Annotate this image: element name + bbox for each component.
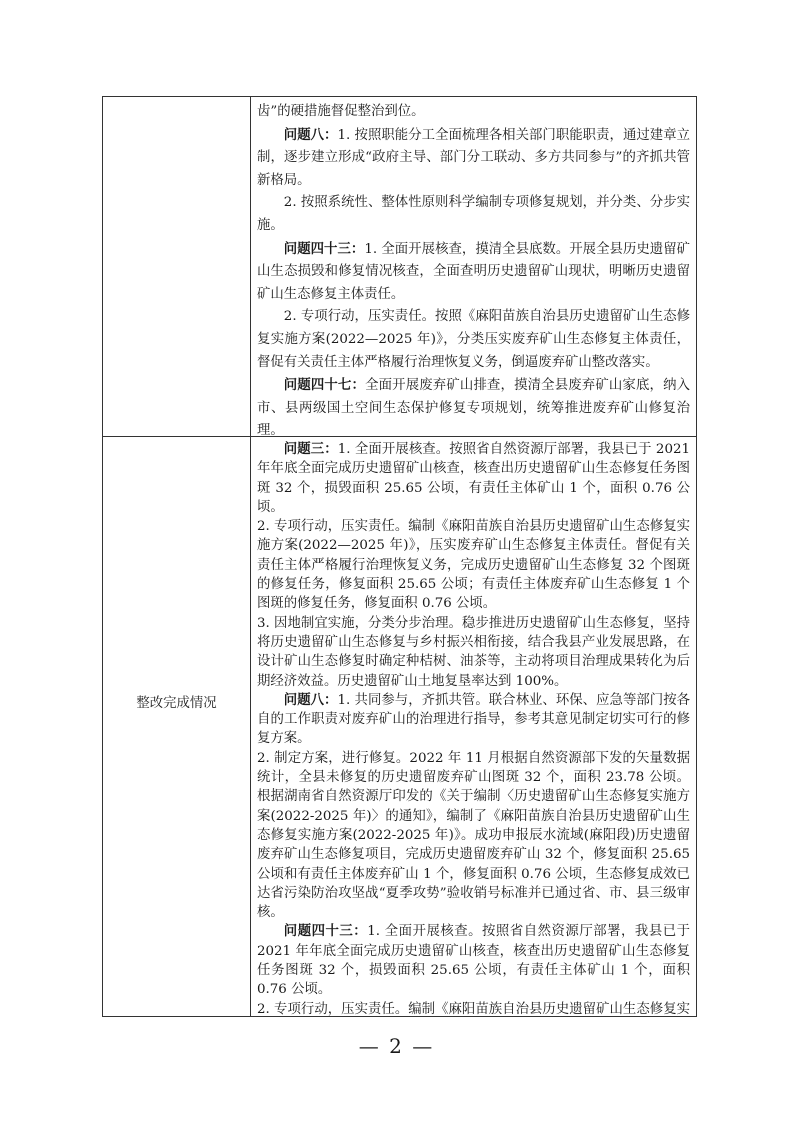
paragraph: 问题四十三：1. 全面开展核查，摸清全县底数。开展全县历史遗留矿山生态损毁和修复… xyxy=(257,238,690,307)
page-number: — 2 — xyxy=(0,1034,793,1058)
issue-label: 问题四十三： xyxy=(284,923,367,939)
issue-label: 问题八： xyxy=(284,692,338,708)
paragraph: 问题四十三：1. 全面开展核查。按照省自然资源厅部署，我县已于 2021 年年底… xyxy=(257,922,690,999)
paragraph: 2. 专项行动，压实责任。编制《麻阳苗族自治县历史遗留矿山生态修复实施方案(20… xyxy=(257,517,690,613)
paragraph: 2. 制定方案，进行修复。2022 年 11 月根据自然资源部下发的矢量数据统计… xyxy=(257,749,690,923)
paragraph: 2. 按照系统性、整体性原则科学编制专项修复规划，并分类、分步实施。 xyxy=(257,192,690,237)
issue-label: 问题三： xyxy=(284,441,338,457)
table-label-cell-completion: 整改完成情况 xyxy=(103,437,251,1016)
rectification-table: 齿”的硬措施督促整治到位。 问题八：1. 按照职能分工全面梳理各相关部门职能职责… xyxy=(102,96,697,1017)
paragraph: 问题三：1. 全面开展核查。按照省自然资源厅部署，我县已于 2021 年年底全面… xyxy=(257,440,690,517)
table-label-cell-top xyxy=(103,97,251,437)
paragraph: 2. 专项行动，压实责任。编制《麻阳苗族自治县历史遗留矿山生态修复实施方案(20… xyxy=(257,1000,690,1016)
issue-label: 问题八： xyxy=(284,127,338,143)
paragraph: 问题四十七：全面开展废弃矿山排查，摸清全县废弃矿山家底，纳入市、县两级国土空间生… xyxy=(257,374,690,437)
paragraph: 2. 专项行动，压实责任。按照《麻阳苗族自治县历史遗留矿山生态修复实施方案(20… xyxy=(257,306,690,374)
paragraph: 问题八：1. 共同参与，齐抓共管。联合林业、环保、应急等部门按各自的工作职责对废… xyxy=(257,691,690,749)
paragraph: 3. 因地制宜实施，分类分步治理。稳步推进历史遗留矿山生态修复，坚持将历史遗留矿… xyxy=(257,614,690,691)
measures-content-cell: 齿”的硬措施督促整治到位。 问题八：1. 按照职能分工全面梳理各相关部门职能职责… xyxy=(251,97,696,437)
issue-label: 问题四十三： xyxy=(284,241,365,257)
issue-label: 问题四十七： xyxy=(284,377,365,393)
paragraph: 问题八：1. 按照职能分工全面梳理各相关部门职能职责，通过建章立制，逐步建立形成… xyxy=(257,124,690,193)
row-label: 整改完成情况 xyxy=(136,692,216,711)
completion-content-cell: 问题三：1. 全面开展核查。按照省自然资源厅部署，我县已于 2021 年年底全面… xyxy=(251,437,696,1016)
paragraph: 齿”的硬措施督促整治到位。 xyxy=(257,101,690,124)
